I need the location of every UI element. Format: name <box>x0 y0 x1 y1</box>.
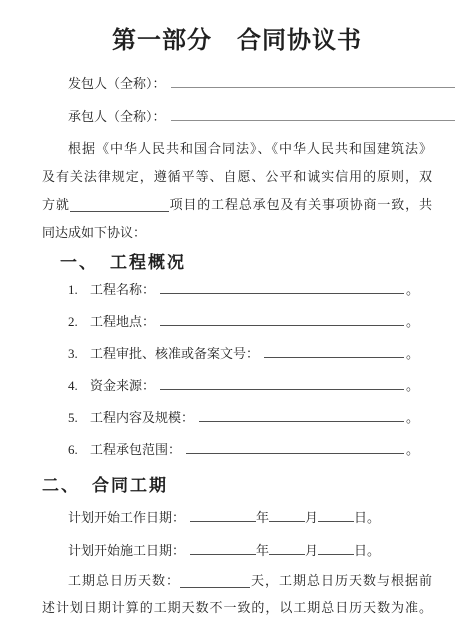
total-days-label: 工期总日历天数： <box>68 573 180 588</box>
contractor-name-blank[interactable] <box>171 119 455 121</box>
contractor-row: 承包人（全称）： <box>68 106 455 127</box>
preamble-line-1: 根据《中华人民共和国合同法》、《中华人民共和国建筑法》 <box>42 135 432 163</box>
preamble-line-2: 及有关法律规定，遵循平等、自愿、公平和诚实信用的原则，双 <box>42 163 432 191</box>
content-scale-blank[interactable] <box>199 420 404 422</box>
list-item-content-scale: 5. 工程内容及规模： 。 <box>68 402 432 434</box>
parties-section: 发包人（全称）： 承包人（全称）： <box>42 73 432 127</box>
date-lines: 计划开始工作日期： 年 月 日。 计划开始施工日期： 年 月 日。 <box>42 501 432 567</box>
list-item-funding-source: 4. 资金来源： 。 <box>68 370 432 402</box>
project-name-field-blank[interactable] <box>160 292 404 294</box>
item-period: 。 <box>406 338 419 370</box>
construction-start-year-blank[interactable] <box>190 553 256 555</box>
construction-start-day-blank[interactable] <box>318 553 354 555</box>
employer-row: 发包人（全称）： <box>68 73 455 94</box>
planned-work-start-label: 计划开始工作日期： <box>68 501 185 534</box>
item-number: 3. <box>68 338 90 370</box>
overview-item-list: 1. 工程名称： 。 2. 工程地点： 。 3. 工程审批、核准或备案文号： 。… <box>42 274 432 466</box>
list-item-project-location: 2. 工程地点： 。 <box>68 306 432 338</box>
construction-start-month-blank[interactable] <box>269 553 305 555</box>
section-one-number: 一、 <box>60 252 98 274</box>
item-period: 。 <box>406 370 419 402</box>
item-label: 工程审批、核准或备案文号： <box>90 338 259 370</box>
total-days-line-1-suffix: 天，工期总日历天数与根据前 <box>250 573 432 588</box>
contract-document-page: 第一部分 合同协议书 发包人（全称）： 承包人（全称）： 根据《中华人民共和国合… <box>0 0 473 639</box>
item-label: 资金来源： <box>90 370 155 402</box>
year-unit-label: 年 <box>256 534 269 567</box>
list-item-approval-number: 3. 工程审批、核准或备案文号： 。 <box>68 338 432 370</box>
planned-work-start-row: 计划开始工作日期： 年 月 日。 <box>68 501 432 534</box>
total-days-blank[interactable] <box>180 586 250 588</box>
total-days-line-1: 工期总日历天数：天，工期总日历天数与根据前 <box>42 567 432 594</box>
item-number: 1. <box>68 274 90 306</box>
project-location-blank[interactable] <box>160 324 404 326</box>
item-period: 。 <box>406 402 419 434</box>
day-unit-label: 日。 <box>354 501 380 534</box>
total-days-line-2: 述计划日期计算的工期天数不一致的，以工期总日历天数为准。 <box>42 594 432 621</box>
employer-name-blank[interactable] <box>171 86 455 88</box>
document-title: 第一部分 合同协议书 <box>42 26 432 56</box>
funding-source-blank[interactable] <box>160 388 404 390</box>
total-duration-clause: 工期总日历天数：天，工期总日历天数与根据前 述计划日期计算的工期天数不一致的，以… <box>42 567 432 621</box>
section-heading-project-overview: 一、 工程概况 <box>60 252 432 274</box>
work-start-year-blank[interactable] <box>190 520 256 522</box>
preamble-line-3-suffix: 项目的工程总承包及有关事项协商一致，共 <box>169 197 432 212</box>
item-period: 。 <box>406 274 419 306</box>
contract-scope-blank[interactable] <box>186 452 404 454</box>
preamble-paragraph: 根据《中华人民共和国合同法》、《中华人民共和国建筑法》 及有关法律规定，遵循平等… <box>42 135 432 247</box>
list-item-contract-scope: 6. 工程承包范围： 。 <box>68 434 432 466</box>
item-period: 。 <box>406 434 419 466</box>
item-number: 5. <box>68 402 90 434</box>
section-one-title: 工程概况 <box>110 252 186 274</box>
day-unit-label: 日。 <box>354 534 380 567</box>
item-label: 工程承包范围： <box>90 434 181 466</box>
preamble-line-3-prefix: 方就 <box>42 197 70 212</box>
employer-label: 发包人（全称）： <box>68 73 166 94</box>
planned-construction-start-label: 计划开始施工日期： <box>68 534 185 567</box>
section-heading-contract-duration: 二、 合同工期 <box>42 475 432 497</box>
item-label: 工程名称： <box>90 274 155 306</box>
item-number: 2. <box>68 306 90 338</box>
project-name-blank[interactable] <box>70 210 169 212</box>
item-label: 工程地点： <box>90 306 155 338</box>
item-period: 。 <box>406 306 419 338</box>
month-unit-label: 月 <box>305 501 318 534</box>
item-number: 4. <box>68 370 90 402</box>
list-item-project-name: 1. 工程名称： 。 <box>68 274 432 306</box>
work-start-month-blank[interactable] <box>269 520 305 522</box>
section-two-title: 合同工期 <box>92 475 168 497</box>
preamble-line-3: 方就项目的工程总承包及有关事项协商一致，共 <box>42 191 432 219</box>
item-label: 工程内容及规模： <box>90 402 194 434</box>
planned-construction-start-row: 计划开始施工日期： 年 月 日。 <box>68 534 432 567</box>
year-unit-label: 年 <box>256 501 269 534</box>
item-number: 6. <box>68 434 90 466</box>
month-unit-label: 月 <box>305 534 318 567</box>
approval-number-blank[interactable] <box>264 356 404 358</box>
section-two-number: 二、 <box>42 475 80 497</box>
work-start-day-blank[interactable] <box>318 520 354 522</box>
contractor-label: 承包人（全称）： <box>68 106 166 127</box>
preamble-line-4: 同达成如下协议： <box>42 219 432 247</box>
